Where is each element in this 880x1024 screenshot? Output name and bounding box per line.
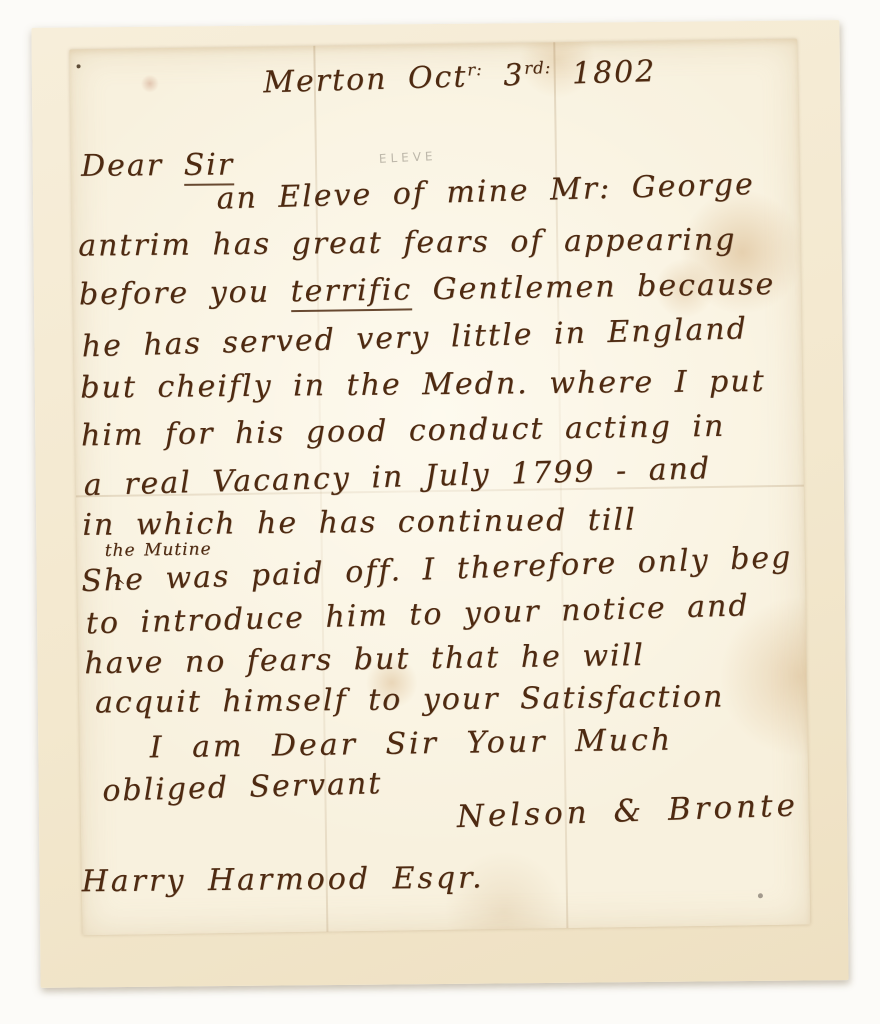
signature-nelson-bronte: Nelson & Bronte: [456, 787, 799, 835]
body-line-2: before you terrific Gentlemen because: [79, 267, 776, 312]
body-line-4: but cheifly in the Medn. where I put: [80, 364, 766, 406]
dateline: Merton Octr: 3rd: 1802: [95, 49, 824, 105]
interlineation-the-mutine: the Mutine: [105, 539, 212, 561]
body-line-6: a real Vacancy in July 1799 - and: [83, 451, 711, 503]
body-line-1: antrim has great fears of appearing: [78, 222, 737, 263]
closing-line-2: obliged Servant: [102, 766, 383, 809]
dateline-day: 3: [482, 58, 525, 94]
body-line-5: him for his good conduct acting in: [81, 409, 726, 454]
underlined-word-sir: Sir: [183, 147, 234, 185]
dateline-superscript-day: rd:: [524, 58, 552, 78]
body-line-10: have no fears but that he will: [84, 638, 645, 681]
dateline-superscript-month: r:: [467, 60, 483, 79]
letter-text: Merton Octr: 3rd: 1802 ELEVE Dear Sir an…: [69, 39, 810, 936]
underlined-word-terrific: terrific: [290, 272, 412, 312]
dateline-place-month: Merton Oct: [263, 59, 468, 100]
album-mount-sheet: Merton Octr: 3rd: 1802 ELEVE Dear Sir an…: [31, 20, 848, 988]
body-line-9: to introduce him to your notice and: [85, 588, 750, 641]
letter-sheet: Merton Octr: 3rd: 1802 ELEVE Dear Sir an…: [69, 39, 810, 936]
dateline-year: 1802: [551, 54, 657, 92]
closing-line-1: I am Dear Sir Your Much: [149, 723, 673, 766]
body-line-2-post: Gentlemen because: [412, 267, 776, 307]
pencil-annotation: ELEVE: [379, 149, 437, 166]
body-line-7: in which he has continued till: [82, 503, 637, 543]
addressee-line: Harry Harmood Esqr.: [81, 860, 484, 899]
salutation: Dear Sir: [81, 147, 234, 183]
salutation-word: Dear: [81, 148, 184, 184]
body-line-11: acquit himself to your Satisfaction: [95, 679, 725, 720]
body-line-3: he has served very little in England: [81, 311, 748, 364]
opening-line: an Eleve of mine Mr: George: [216, 167, 755, 217]
body-line-2-pre: before you: [79, 274, 291, 312]
